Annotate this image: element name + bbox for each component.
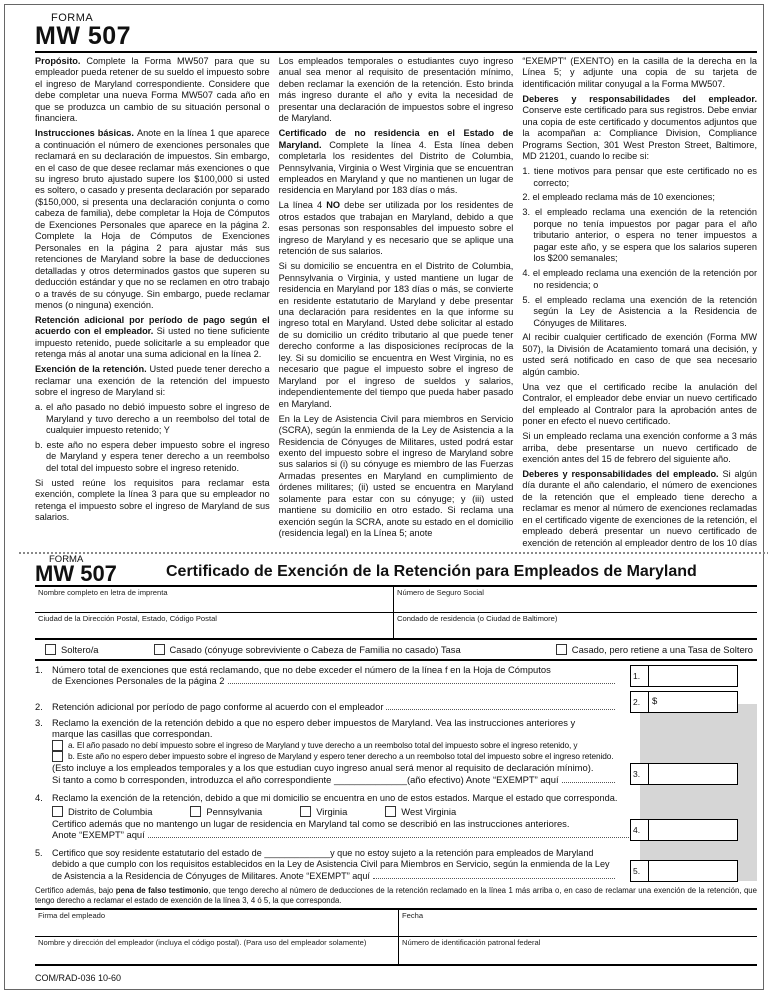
instruction-paragraph: En la Ley de Asistencia Civil para miemb… [279,414,514,540]
line-number: 1. [35,664,52,675]
form-lines: 1.Número total de exenciones que está re… [35,664,757,882]
instruction-paragraph: 1. tiene motivos para pensar que este ce… [522,166,757,189]
form-line-3: 3.Reclamo la exención de la retención de… [35,717,757,785]
table-row: Nombre y dirección del empleador (incluy… [35,936,757,964]
checkbox-icon[interactable] [45,644,56,655]
line3-option-a[interactable]: a. El año pasado no debí impuesto sobre … [35,740,617,751]
married-label: Casado (cónyuge sobreviviente o Cabeza d… [170,644,461,655]
dotted-separator [19,552,768,554]
line-number: 3. [35,717,52,728]
form-line-5: 5.Certifico que soy residente estatutari… [35,848,757,882]
form-number: MW 507 [35,564,160,583]
instruction-paragraph: 3. el empleado reclama una exención de l… [522,207,757,264]
line4-box-number: 4. [630,819,648,841]
line3-text2: marque las casillas que correspondan. [52,728,213,739]
line5-entry-box[interactable] [648,860,738,882]
state-options: Distrito de Columbia Pennsylvania Virgin… [35,806,738,817]
instruction-paragraph: Certificado de no residencia en el Estad… [279,128,514,197]
state-option-wv[interactable]: West Virginia [385,806,456,817]
married-single-rate-option[interactable]: Casado, pero retiene a una Tasa de Solte… [556,644,753,655]
line-number: 2. [35,701,52,712]
checkbox-icon[interactable] [52,806,63,817]
signature-table: Firma del empleado Fecha Nombre y direcc… [35,908,757,966]
line-number: 4. [35,792,52,803]
table-row: Nombre completo en letra de imprenta Núm… [35,587,757,612]
instruction-paragraph: Al recibir cualquier certificado de exen… [522,332,757,378]
employer-name-address-field[interactable]: Nombre y dirección del empleador (incluy… [35,937,399,964]
form-line-2: 2.Retención adicional por período de pag… [35,691,757,713]
instruction-paragraph: La línea 4 NO debe ser utilizada por los… [279,200,514,257]
line2-text: Retención adicional por período de pago … [52,701,383,712]
instructions-column-1: Propósito. Complete la Forma MW507 para … [35,56,270,548]
state-dc-label: Distrito de Columbia [68,806,152,817]
line3-text3: (Esto incluye a los empleados temporales… [52,762,593,773]
instruction-paragraph: Si un empleado reclama una exención conf… [522,431,757,465]
instruction-paragraph: 2. el empleado reclama más de 10 exencio… [522,192,757,203]
line3-text1: Reclamo la exención de la retención debi… [52,717,575,728]
instructions-column-3: “EXEMPT” (EXENTO) en la casilla de la de… [522,56,757,548]
state-option-dc[interactable]: Distrito de Columbia [52,806,152,817]
single-label: Soltero/a [61,644,99,655]
line4-text3: Anote “EXEMPT” aquí [52,829,145,840]
line4-text2: Certifico además que no mantengo un luga… [52,818,569,829]
instruction-paragraph: Los empleados temporales o estudiantes c… [279,56,514,125]
line4-text1: Reclamo la exención de la retención, deb… [52,793,617,804]
single-option[interactable]: Soltero/a [45,644,99,655]
line3-entry-box[interactable] [648,763,738,785]
instruction-paragraph: Si su domicilio se encuentra en el Distr… [279,261,514,410]
line5-text3: de Asistencia a la Residencia de Cónyuge… [52,871,370,882]
form-label: FORMA [51,12,757,24]
checkbox-icon[interactable] [190,806,201,817]
table-row: Ciudad de la Dirección Postal, Estado, C… [35,612,757,638]
dotted-leader [562,782,615,783]
dotted-leader [373,878,615,879]
perjury-certification: Certifico además, bajo pena de falso tes… [35,886,757,905]
state-va-label: Virginia [316,806,347,817]
certificate-title: Certificado de Exención de la Retención … [166,563,697,583]
form-page: FORMA MW 507 Propósito. Complete la Form… [0,0,768,994]
instruction-paragraph: Retención adicional por período de pago … [35,315,270,361]
line3-option-a-label: a. El año pasado no debí impuesto sobre … [68,740,577,751]
line1-text: Número total de exenciones que está recl… [52,664,551,675]
instruction-paragraph: 4. el empleado reclama una exención de l… [522,268,757,291]
ssn-field[interactable]: Número de Seguro Social [394,587,757,612]
instructions-column-2: Los empleados temporales o estudiantes c… [279,56,514,548]
checkbox-icon[interactable] [385,806,396,817]
checkbox-icon[interactable] [52,740,63,751]
federal-ein-field[interactable]: Número de identificación patronal federa… [399,937,757,964]
marital-status-row: Soltero/a Casado (cónyuge sobreviviente … [35,640,757,661]
line1-entry-box[interactable] [648,665,738,687]
dotted-leader [148,837,651,838]
line5-post: y que no estoy sujeto a la retención par… [330,848,593,859]
form-number: MW 507 [35,24,757,48]
city-field[interactable]: Ciudad de la Dirección Postal, Estado, C… [35,613,394,638]
dotted-leader [386,709,615,710]
certificate-header: FORMA MW 507 Certificado de Exención de … [35,556,757,583]
instruction-paragraph: Instrucciones básicas. Anote en la línea… [35,128,270,311]
checkbox-icon[interactable] [556,644,567,655]
line2-box-number: 2. [630,691,648,713]
checkbox-icon[interactable] [52,751,63,762]
personal-info-table: Nombre completo en letra de imprenta Núm… [35,585,757,640]
state-wv-label: West Virginia [401,806,456,817]
checkbox-icon[interactable] [154,644,165,655]
line5-pre: Certifico que soy residente estatutario … [52,848,262,859]
certificate-form-id: FORMA MW 507 [35,555,160,583]
instruction-paragraph: b. este año no espera deber impuesto sob… [35,440,270,474]
date-field[interactable]: Fecha [399,910,757,936]
line3-box-number: 3. [630,763,648,785]
state-option-va[interactable]: Virginia [300,806,347,817]
line3-option-b[interactable]: b. Este año no espero deber impuesto sob… [35,751,617,762]
instruction-paragraph: “EXEMPT” (EXENTO) en la casilla de la de… [522,56,757,90]
line3-last-pre: Si tanto a como b corresponden, introduz… [52,774,331,785]
form-id-footer: COM/RAD-036 10-60 [35,973,757,983]
line-number: 5. [35,848,52,859]
currency-symbol: $ [652,696,657,707]
county-field[interactable]: Condado de residencia (o Ciudad de Balti… [394,613,757,638]
header-rule [35,51,757,53]
instructions: Propósito. Complete la Forma MW507 para … [35,56,757,548]
married-option[interactable]: Casado (cónyuge sobreviviente o Cabeza d… [154,644,461,655]
form-line-1: 1.Número total de exenciones que está re… [35,664,757,687]
married-single-rate-label: Casado, pero retiene a una Tasa de Solte… [572,644,753,655]
checkbox-icon[interactable] [300,806,311,817]
line1-text2: de Exenciones Personales de la página 2 [52,675,225,686]
line3-option-b-label: b. Este año no espero deber impuesto sob… [68,751,613,762]
employee-signature-field[interactable]: Firma del empleado [35,910,399,936]
line5-text2: debido a que cumplo con los requisitos e… [52,859,610,870]
dotted-leader [228,683,615,684]
instruction-paragraph: Deberes y responsabilidades del empleado… [522,469,757,548]
line3-last-post: (año efectivo) Anote “EXEMPT” aquí [407,774,559,785]
state-option-pa[interactable]: Pennsylvania [190,806,262,817]
top-header: FORMA MW 507 [35,12,757,48]
instruction-paragraph: Si usted reúne los requisitos para recla… [35,478,270,524]
state-of-residence-blank[interactable]: _____________ [264,848,330,859]
table-row: Firma del empleado Fecha [35,910,757,936]
form-line-4: 4.Reclamo la exención de la retención, d… [35,792,757,841]
line2-entry-box[interactable]: $ [648,691,738,713]
instruction-paragraph: 5. el empleado reclama una exención de l… [522,295,757,329]
line1-box-number: 1. [630,665,648,687]
instruction-paragraph: Una vez que el certificado recibe la anu… [522,382,757,428]
instruction-paragraph: Exención de la retención. Usted puede te… [35,364,270,398]
state-pa-label: Pennsylvania [206,806,262,817]
instruction-paragraph: Propósito. Complete la Forma MW507 para … [35,56,270,125]
name-field[interactable]: Nombre completo en letra de imprenta [35,587,394,612]
line4-entry-box[interactable] [648,819,738,841]
line5-box-number: 5. [630,860,648,882]
instruction-paragraph: Deberes y responsabilidades del empleado… [522,94,757,163]
instruction-paragraph: a. el año pasado no debió impuesto sobre… [35,402,270,436]
effective-year-blank[interactable]: ______________ [334,774,407,785]
